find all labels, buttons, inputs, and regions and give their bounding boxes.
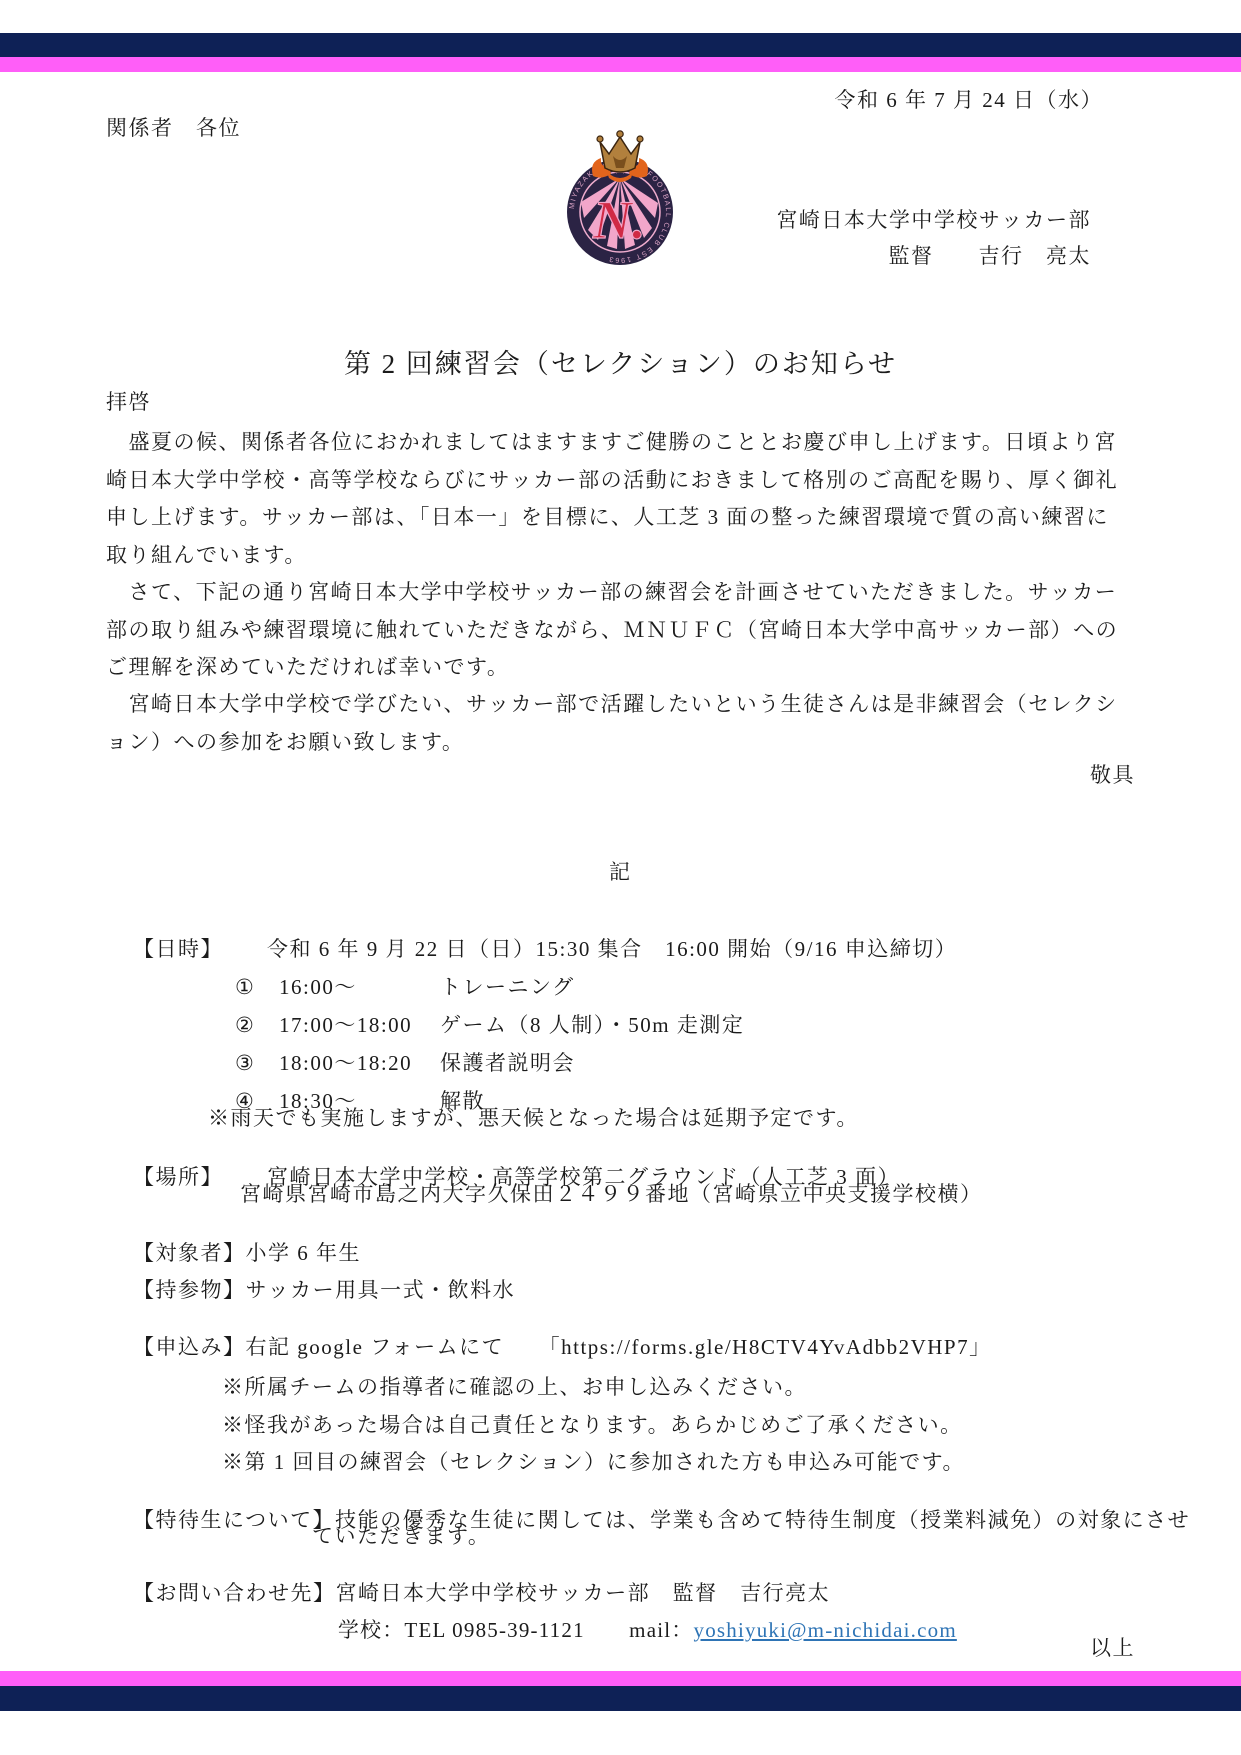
text-line: ョン）への参加をお願い致します。 xyxy=(106,724,1166,762)
bring-label: 【持参物】 xyxy=(133,1278,246,1302)
letter-paragraph-3: 宮崎日本大学中学校で学びたい、サッカー部で活躍したいという生徒さんは是非練習会（… xyxy=(106,686,1166,761)
apply-label: 【申込み】 xyxy=(133,1335,246,1359)
crown-icon xyxy=(597,131,643,172)
record-marker: 記 xyxy=(0,856,1241,886)
bottom-pink-bar xyxy=(0,1671,1241,1686)
text-line: 部の取り組みや練習環境に触れていただきながら、ＭＮＵＦＣ（宮崎日本大学中高サッカ… xyxy=(106,612,1166,650)
document-page: 令和 6 年 7 月 24 日（水） 関係者 各位 MIYAZAKI NICHI… xyxy=(0,0,1241,1755)
document-date: 令和 6 年 7 月 24 日（水） xyxy=(835,90,1104,111)
scholarship-label: 【特待生について】 xyxy=(133,1508,335,1532)
text-line: ※所属チームの指導者に確認の上、お申し込みください。 xyxy=(222,1369,965,1407)
top-pink-bar xyxy=(0,57,1241,72)
text-line: 取り組んでいます。 xyxy=(106,537,1166,575)
apply-notes: ※所属チームの指導者に確認の上、お申し込みください。※怪我があった場合は自己責任… xyxy=(222,1369,965,1482)
director-name: 監督 吉行 亮太 xyxy=(889,246,1092,267)
letter-paragraph-2: さて、下記の通り宮崎日本大学中学校サッカー部の練習会を計画させていただきました。… xyxy=(106,574,1166,687)
n-monogram: N. xyxy=(592,190,646,250)
letter-closing: 敬具 xyxy=(1090,765,1135,786)
scholarship-row: 【特待生について】技能の優秀な生徒に関しては、学業も含めて特待生制度（授業料減免… xyxy=(106,1489,1190,1552)
contact-tel-line: 学校：TEL 0985-39-1121 mail：yoshiyuki@m-nic… xyxy=(312,1599,957,1662)
email-link[interactable]: yoshiyuki@m-nichidai.com xyxy=(694,1618,957,1642)
text-line: ※怪我があった場合は自己責任となります。あらかじめご了承ください。 xyxy=(222,1407,965,1445)
apply-value: 右記 google フォームにて 「https://forms.gle/H8CT… xyxy=(246,1335,992,1359)
top-navy-bar xyxy=(0,33,1241,57)
letter-paragraph-1: 盛夏の候、関係者各位におかれましてはますますご健勝のこととお慶び申し上げます。日… xyxy=(106,424,1166,574)
text-line: 宮崎日本大学中学校で学びたい、サッカー部で活躍したいという生徒さんは是非練習会（… xyxy=(106,686,1166,724)
text-line: さて、下記の通り宮崎日本大学中学校サッカー部の練習会を計画させていただきました。… xyxy=(106,574,1166,612)
recipient-line: 関係者 各位 xyxy=(106,118,241,139)
bring-row: 【持参物】サッカー用具一式・飲料水 xyxy=(106,1259,515,1322)
text-line: 盛夏の候、関係者各位におかれましてはますますご健勝のこととお慶び申し上げます。日… xyxy=(106,424,1166,462)
club-name: 宮崎日本大学中学校サッカー部 xyxy=(776,210,1091,231)
text-line: 申し上げます。サッカー部は、「日本一」を目標に、人工芝 3 面の整った練習環境で… xyxy=(106,499,1166,537)
text-line: ※第 1 回目の練習会（セレクション）に参加された方も申込み可能です。 xyxy=(222,1444,965,1482)
scholarship-text-continued: ていただきます。 xyxy=(312,1526,490,1547)
salutation: 拝啓 xyxy=(106,392,151,413)
text-line: ご理解を深めていただければ幸いです。 xyxy=(106,649,1166,687)
end-marker: 以上 xyxy=(1090,1638,1135,1659)
place-address: 宮崎県宮崎市島之内大字久保田２４９９番地（宮崎県立中央支援学校横） xyxy=(240,1184,983,1205)
weather-note: ※雨天でも実施しますが、悪天候となった場合は延期予定です。 xyxy=(208,1108,859,1129)
text-line: 崎日本大学中学校・高等学校ならびにサッカー部の活動におきまして格別のご高配を賜り… xyxy=(106,462,1166,500)
contact-tel-prefix: 学校：TEL 0985-39-1121 mail： xyxy=(338,1618,694,1642)
bottom-navy-bar xyxy=(0,1686,1241,1711)
club-crest-logo: MIYAZAKI NICHIDAI FOOTBALL CLUB EST 1963… xyxy=(557,130,683,266)
bring-value: サッカー用具一式・飲料水 xyxy=(246,1278,516,1302)
contact-label: 【お問い合わせ先】 xyxy=(133,1581,336,1605)
page-title: 第 2 回練習会（セレクション）のお知らせ xyxy=(0,342,1241,381)
